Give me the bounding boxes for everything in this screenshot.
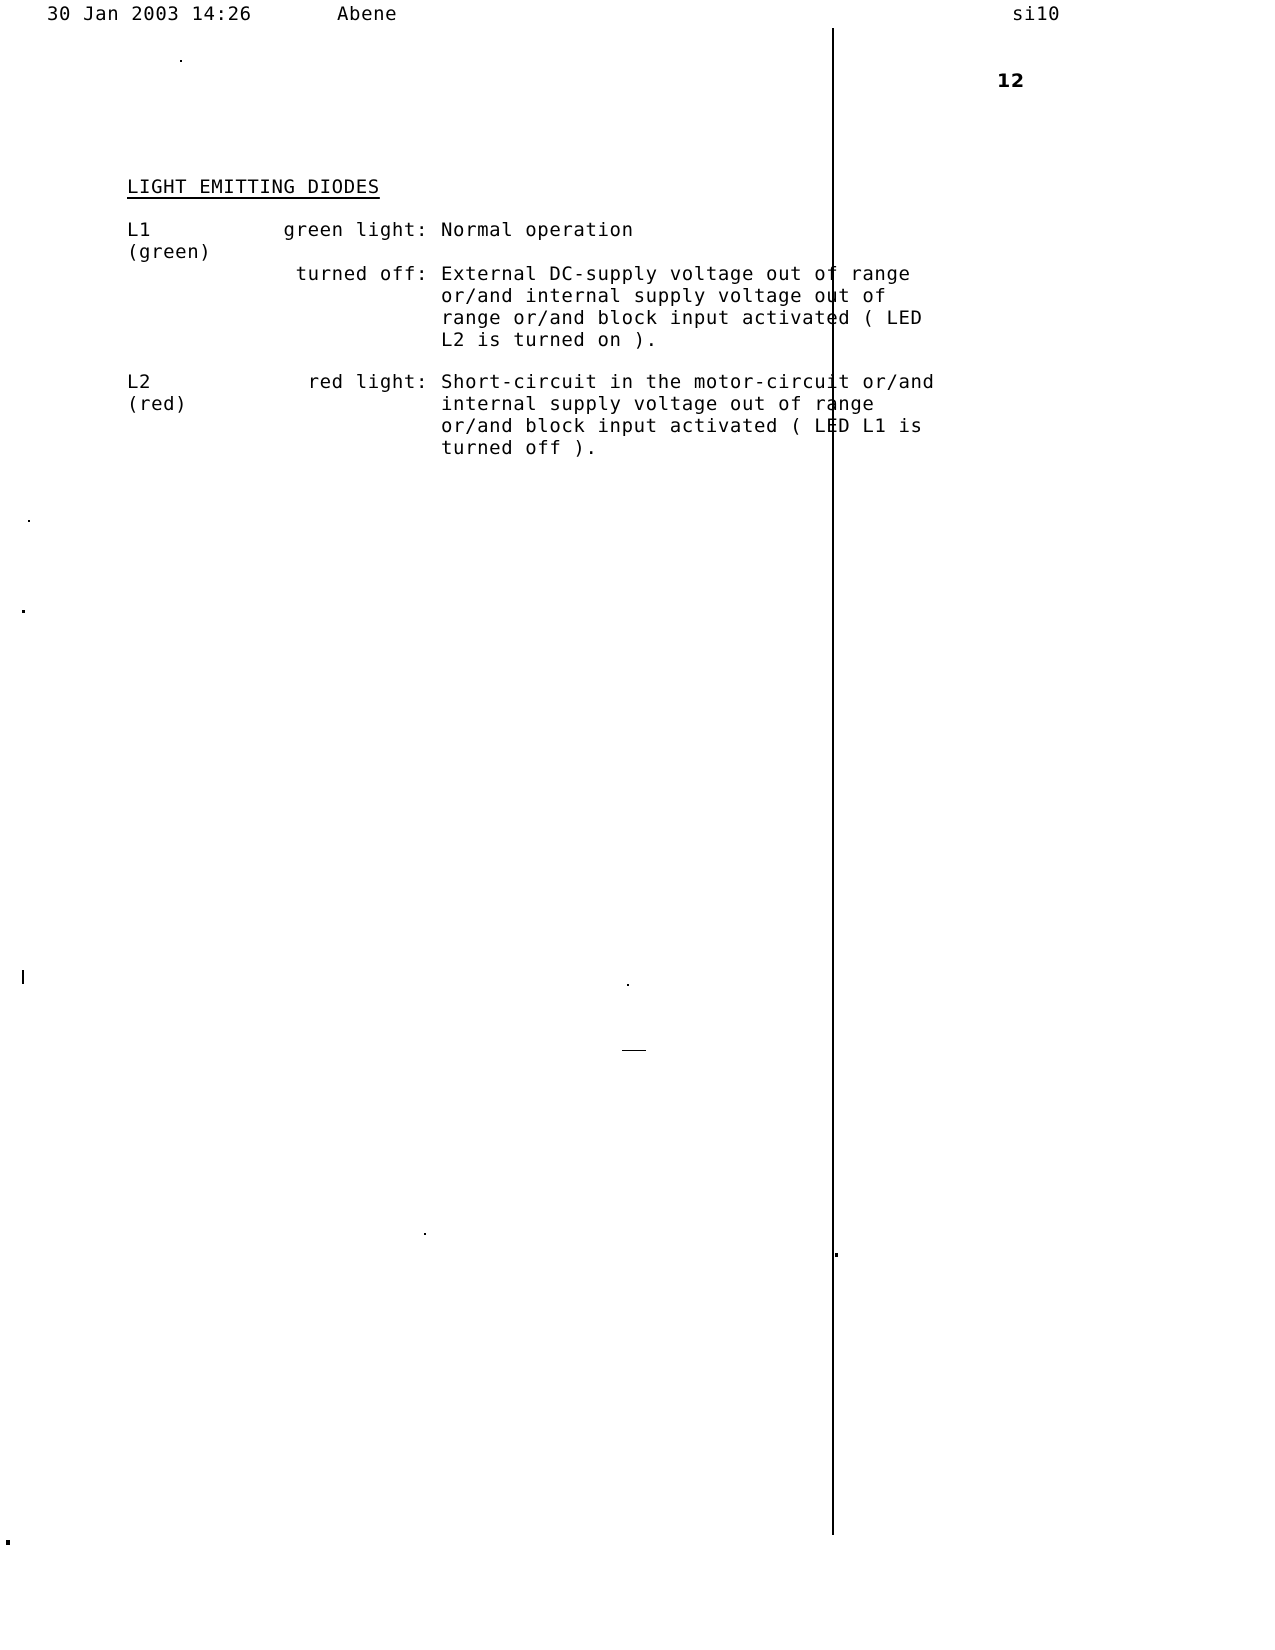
led-color-label: (green) [127,241,211,263]
led-state-label: red light: [128,371,428,393]
led-state-description: or/and internal supply voltage out of [441,285,886,307]
scan-noise [622,1050,646,1051]
fax-header-station-id: si10 [1012,3,1060,25]
led-color-label: (red) [127,393,187,415]
scan-noise [6,1540,10,1545]
led-state-description: Short-circuit in the motor-circuit or/an… [441,371,935,393]
scan-noise [28,520,30,522]
led-state-description: internal supply voltage out of range [441,393,874,415]
led-state-description: External DC-supply voltage out of range [441,263,911,285]
scan-noise [835,1253,838,1257]
led-state-description: turned off ). [441,437,598,459]
scan-artifact-vertical-line [832,28,834,1535]
scan-noise [627,984,629,986]
page-number: 12 [997,70,1025,92]
led-state-label: green light: [128,219,428,241]
led-state-label: turned off: [128,263,428,285]
fax-header-datetime: 30 Jan 2003 14:26 [47,3,252,25]
section-title: LIGHT EMITTING DIODES [127,176,380,198]
scan-noise [180,60,182,62]
scan-noise [424,1233,426,1235]
fax-header-sender: Abene [337,3,397,25]
led-state-description: or/and block input activated ( LED L1 is [441,415,923,437]
scan-noise [22,610,25,613]
led-state-description: L2 is turned on ). [441,329,658,351]
scan-noise [22,970,24,984]
led-state-description: Normal operation [441,219,634,241]
led-state-description: range or/and block input activated ( LED [441,307,923,329]
